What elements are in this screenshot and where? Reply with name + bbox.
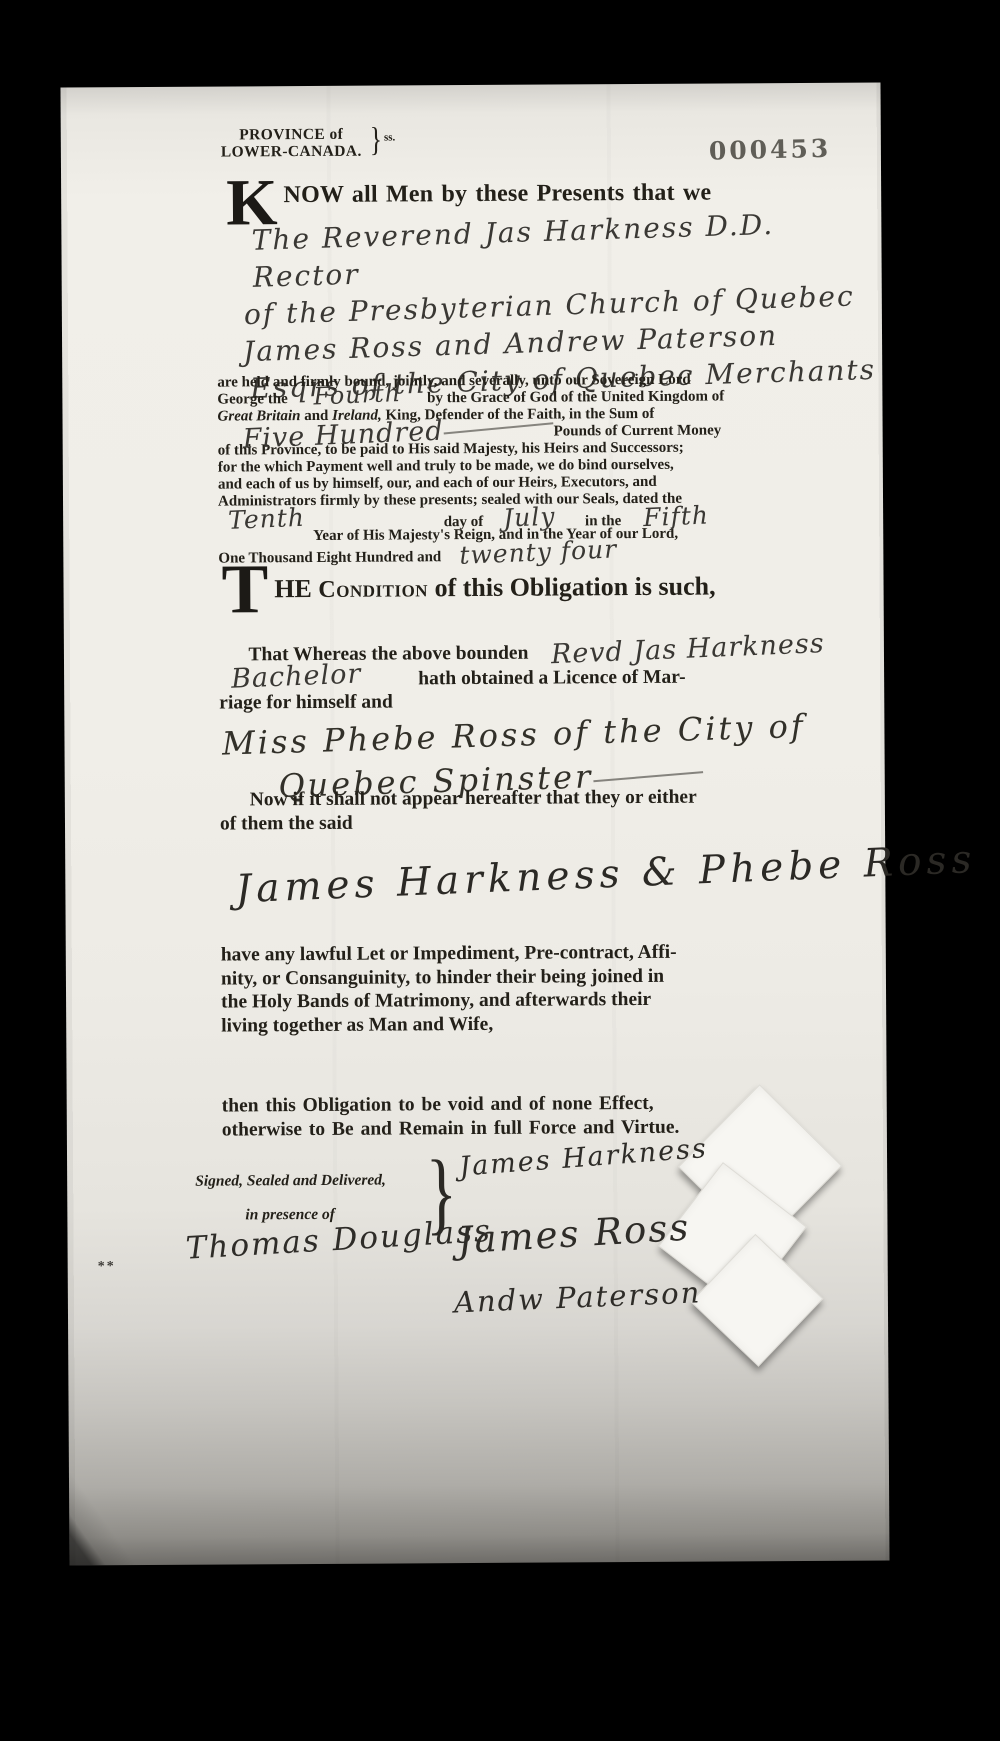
impediment-line: living together as Man and Wife, — [221, 1011, 677, 1037]
header-brace: } — [370, 126, 382, 156]
bond-text: Pounds of Current Money — [554, 422, 722, 440]
serial-number-stamp: 000453 — [709, 134, 832, 166]
handwritten-couple-names: James Harkness & Phebe Ross — [235, 837, 978, 912]
void-clause: then this Obligation to be void and of n… — [222, 1092, 680, 1142]
margin-mark: ** — [98, 1259, 116, 1275]
now-line: Now if it shall not appear hereafter tha… — [220, 786, 697, 812]
now-text: Now if it shall not appear hereafter tha… — [250, 787, 697, 811]
void-line: then this Obligation to be void and of n… — [222, 1092, 680, 1118]
bond-paragraph: are held and firmly bound, jointly, and … — [217, 372, 718, 568]
hw-king-ordinal: Fourth — [314, 393, 402, 397]
hw-marital-status: Bachelor — [231, 664, 362, 689]
bond-document-page: PROVINCE of LOWER-CANADA. } ss. 000453 K… — [60, 83, 889, 1566]
condition-text: HE — [274, 574, 312, 603]
in-presence-of-label: in presence of — [245, 1206, 335, 1225]
province-line1: PROVINCE of — [221, 126, 362, 144]
condition-heading-text: HE Condition of this Obligation is such, — [274, 572, 715, 605]
bond-text: by the Grace of God of the United Kingdo… — [427, 388, 724, 406]
header-ss-abbrev: ss. — [384, 131, 395, 143]
bond-line: Tenth day of July in the Fifth — [218, 508, 718, 529]
document-header: PROVINCE of LOWER-CANADA. } ss. — [221, 125, 396, 160]
signature-surety1: James Ross — [456, 1206, 691, 1263]
condition-text: of this Obligation is such, — [434, 572, 715, 603]
opening-text: NOW all Men by these Presents that we — [283, 180, 711, 210]
impediment-line: the Holy Bands of Matrimony, and afterwa… — [221, 988, 677, 1014]
signature-principal: James Harkness — [458, 1133, 709, 1183]
whereas-clause: That Whereas the above bounden Revd Jas … — [219, 639, 779, 715]
dropcap-t: T — [221, 562, 268, 618]
condition-heading: T HE Condition of this Obligation is suc… — [221, 560, 715, 619]
signature-surety2: Andw Paterson — [453, 1275, 702, 1319]
bond-text: George the — [217, 391, 287, 407]
impediment-line: have any lawful Let or Impediment, Pre-c… — [221, 941, 677, 967]
witness-signature: Thomas Douglass — [185, 1213, 493, 1267]
impediment-line: nity, or Consanguinity, to hinder their … — [221, 964, 677, 990]
signed-sealed-label: Signed, Sealed and Delivered, — [195, 1172, 386, 1191]
whereas-line: Bachelor hath obtained a Licence of Mar- — [219, 664, 779, 692]
impediment-paragraph: have any lawful Let or Impediment, Pre-c… — [221, 941, 677, 1038]
hw-day: Tenth — [228, 509, 305, 529]
void-line: otherwise to Be and Remain in full Force… — [222, 1115, 680, 1141]
condition-continuation: Now if it shall not appear hereafter tha… — [220, 786, 697, 836]
hw-month: July — [503, 508, 556, 527]
province-line2: LOWER-CANADA. — [221, 143, 362, 161]
condition-word-smallcaps: Condition — [318, 576, 428, 603]
photo-background: { "colors": { "background": "#000000", "… — [0, 0, 1000, 1741]
hw-bounden-name: Revd Jas Harkness — [551, 634, 825, 665]
province-title: PROVINCE of LOWER-CANADA. — [221, 126, 362, 161]
now-line: of them the said — [220, 809, 697, 835]
hw-reign-year: Fifth — [643, 506, 709, 526]
